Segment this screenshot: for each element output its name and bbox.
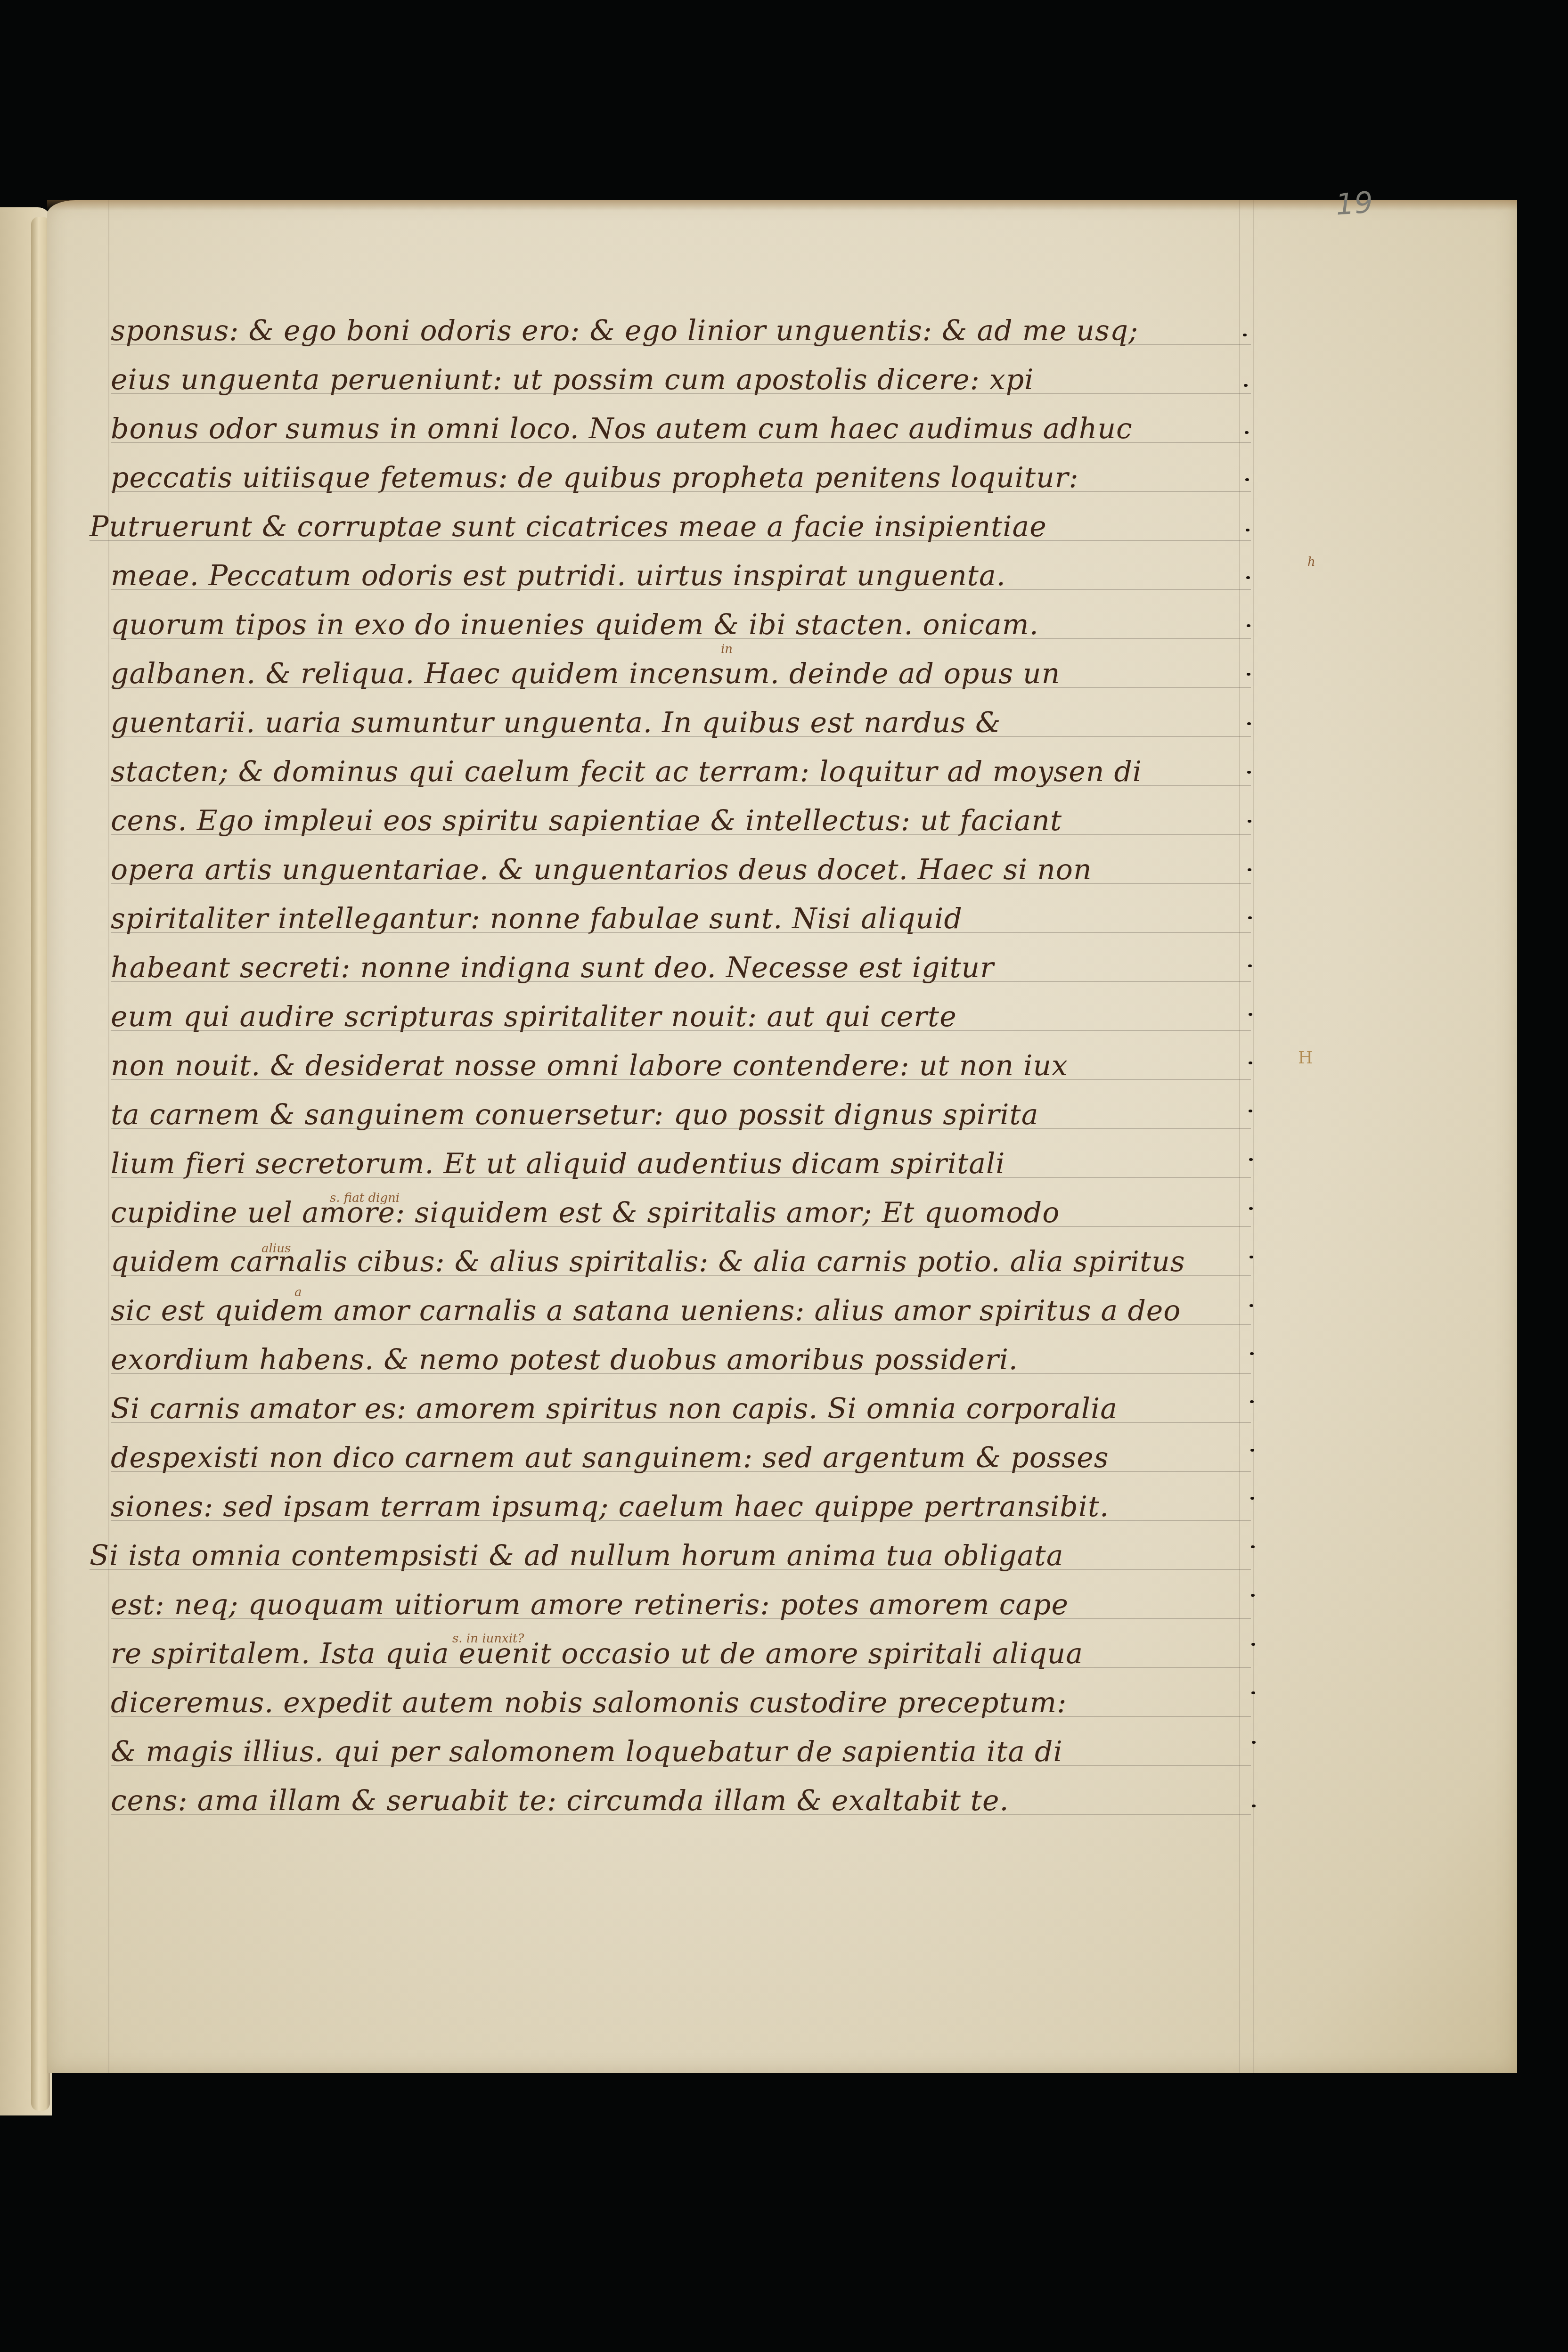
text-line: meae. Peccatum odoris est putridi. uirtu…	[111, 551, 1251, 600]
text-line: galbanen. & reliqua. Haec quidem incensu…	[111, 649, 1251, 698]
text-line: peccatis uitiisque fetemus: de quibus pr…	[111, 453, 1251, 502]
text-line: cens: ama illam & seruabit te: circumda …	[111, 1776, 1251, 1825]
interlinear-gloss: a	[294, 1286, 302, 1298]
ruling-line-left	[108, 200, 109, 2073]
text-line: siones: sed ipsam terram ipsumq; caelum …	[111, 1482, 1251, 1531]
text-line: quorum tipos in exo do inuenies quidem &…	[111, 600, 1251, 649]
text-line: lium fieri secretorum. Et ut aliquid aud…	[111, 1139, 1251, 1188]
interlinear-gloss: in	[721, 643, 733, 655]
text-line: sponsus: & ego boni odoris ero: & ego li…	[111, 306, 1251, 355]
text-line: ta carnem & sanguinem conuersetur: quo p…	[111, 1090, 1251, 1139]
text-line: guentarii. uaria sumuntur unguenta. In q…	[111, 698, 1251, 747]
text-line: despexisti non dico carnem aut sanguinem…	[111, 1433, 1251, 1482]
text-line: non nouit. & desiderat nosse omni labore…	[111, 1041, 1251, 1090]
interlinear-gloss: h	[1307, 556, 1315, 568]
interlinear-gloss: alius	[261, 1242, 291, 1255]
text-line: stacten; & dominus qui caelum fecit ac t…	[111, 747, 1251, 796]
folio-number: 19	[1335, 185, 1374, 221]
interlinear-gloss: s. in iunxit?	[452, 1633, 524, 1645]
text-line: habeant secreti: nonne indigna sunt deo.…	[111, 943, 1251, 992]
text-line: cens. Ego impleui eos spiritu sapientiae…	[111, 796, 1251, 845]
text-line: diceremus. expedit autem nobis salomonis…	[111, 1678, 1251, 1727]
margin-quire-mark: H	[1298, 1048, 1313, 1068]
manuscript-text-block: sponsus: & ego boni odoris ero: & ego li…	[111, 306, 1251, 1825]
text-line: re spiritalem. Ista quia euenit occasio …	[111, 1629, 1251, 1678]
text-line: Putruerunt & corruptae sunt cicatrices m…	[90, 502, 1251, 551]
text-line: est: neq; quoquam uitiorum amore retiner…	[111, 1580, 1251, 1629]
text-line: eius unguenta perueniunt: ut possim cum …	[111, 355, 1251, 404]
text-line: & magis illius. qui per salomonem loqueb…	[111, 1727, 1251, 1776]
text-line: sic est quidem amor carnalis a satana ue…	[111, 1286, 1251, 1335]
text-line: cupidine uel amore: siquidem est & spiri…	[111, 1188, 1251, 1237]
text-line: bonus odor sumus in omni loco. Nos autem…	[111, 404, 1251, 453]
text-line: opera artis unguentariae. & unguentarios…	[111, 845, 1251, 894]
text-line: exordium habens. & nemo potest duobus am…	[111, 1335, 1251, 1384]
text-line: Si carnis amator es: amorem spiritus non…	[111, 1384, 1251, 1433]
ruling-line-right-outer	[1253, 200, 1254, 2073]
text-line: Si ista omnia contempsisti & ad nullum h…	[90, 1531, 1251, 1580]
text-line: spiritaliter intellegantur: nonne fabula…	[111, 894, 1251, 943]
text-line: eum qui audire scripturas spiritaliter n…	[111, 992, 1251, 1041]
interlinear-gloss: s. fiat digni	[330, 1192, 400, 1204]
